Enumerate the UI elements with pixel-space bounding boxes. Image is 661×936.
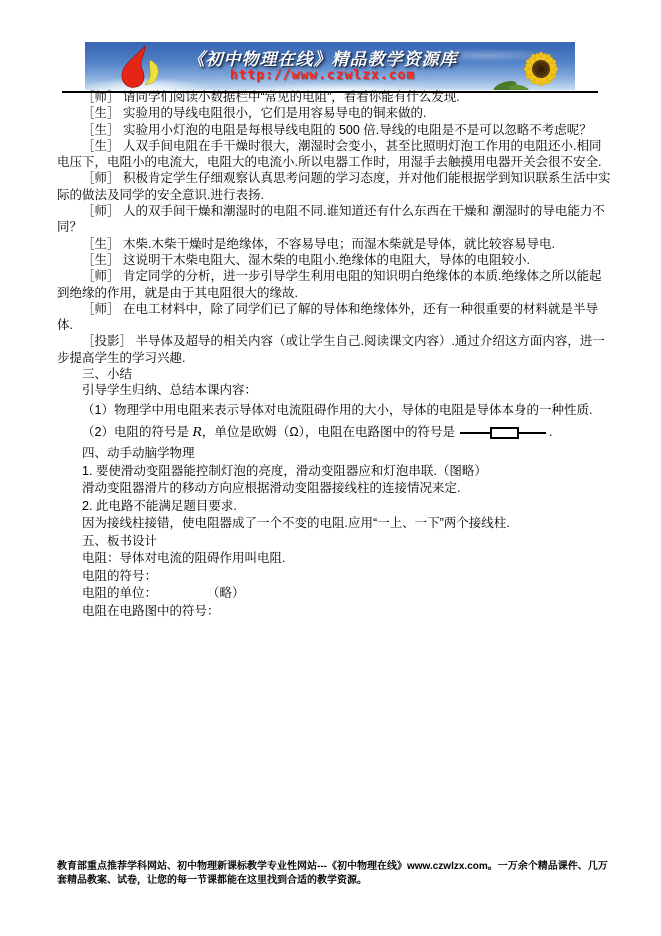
paragraph: ［生］ 木柴.木柴干燥时是绝缘体，不容易导电；而湿木柴就是导体，就比较容易导电. xyxy=(57,236,612,252)
sunflower-icon xyxy=(483,42,575,90)
site-banner: 《初中物理在线》精品教学资源库 http://www.czwlzx.com xyxy=(85,42,575,90)
resistance-symbol-r: R xyxy=(192,424,201,439)
paragraph: 因为接线柱接错，使电阻器成了一个不变的电阻.应用“一上、一下”两个接线柱. xyxy=(57,515,612,533)
paragraph: 电阻的符号： xyxy=(57,568,612,586)
paragraph: ［师］ 积极肯定学生仔细观察认真思考问题的学习态度，并对他们能根据学到知识联系生… xyxy=(57,170,612,203)
flame-logo-icon xyxy=(109,45,169,89)
paragraph: ［生］ 实验用小灯泡的电阻是每根导线电阻的 500 倍.导线的电阻是不是可以忽略… xyxy=(57,122,612,138)
paragraph: ［师］ 肯定同学的分析，进一步引导学生利用电阻的知识明白绝缘体的本质.绝缘体之所… xyxy=(57,268,612,301)
resistor-circuit-symbol xyxy=(460,424,546,440)
section-heading: 四、动手动脑学物理 xyxy=(57,445,612,463)
lower-section: 四、动手动脑学物理 1. 要使滑动变阻器能控制灯泡的亮度，滑动变阻器应和灯泡串联… xyxy=(57,445,612,620)
paragraph: 2. 此电路不能满足题目要求. xyxy=(57,498,612,516)
document-page: 《初中物理在线》精品教学资源库 http://www.czwlzx.com xyxy=(0,0,661,936)
resistor-line-mid: ，单位是欧姆（Ω），电阻在电路图中的符号是 xyxy=(202,425,455,439)
banner-title: 《初中物理在线》精品教学资源库 xyxy=(170,45,475,70)
paragraph: ［师］ 在电工材料中，除了同学们已了解的导体和绝缘体外，还有一种很重要的材料就是… xyxy=(57,301,612,334)
banner-url: http://www.czwlzx.com xyxy=(170,68,475,83)
paragraph: ［生］ 实验用的导线电阻很小，它们是用容易导电的铜来做的. xyxy=(57,105,612,121)
paragraph: ［投影］ 半导体及超导的相关内容（或让学生自己.阅读课文内容）.通过介绍这方面内… xyxy=(57,333,612,366)
paragraph: 电阻：导体对电流的阻碍作用叫电阻. xyxy=(57,550,612,568)
paragraph: 电阻在电路图中的符号： xyxy=(57,603,612,621)
resistor-line-lead: （2）电阻的符号是 xyxy=(82,425,192,439)
paragraph: 1. 要使滑动变阻器能控制灯泡的亮度，滑动变阻器应和灯泡串联.（图略） xyxy=(57,463,612,481)
paragraph: 滑动变阻器滑片的移动方向应根据滑动变阻器接线柱的连接情况来定. xyxy=(57,480,612,498)
resistor-definition-line: （2）电阻的符号是 R，单位是欧姆（Ω），电阻在电路图中的符号是. xyxy=(57,424,612,440)
section-heading: 三、小结 xyxy=(57,366,612,382)
paragraph: ［师］ 人的双手间干燥和潮湿时的电阻不同.谁知道还有什么东西在干燥和 潮湿时的导… xyxy=(57,203,612,236)
paragraph: （1）物理学中用电阻来表示导体对电流阻碍作用的大小，导体的电阻是导体本身的一种性… xyxy=(57,402,612,418)
section-heading: 五、板书设计 xyxy=(57,533,612,551)
paragraph: 电阻的单位： （略） xyxy=(57,585,612,603)
page-footer: 教育部重点推荐学科网站、初中物理新课标教学专业性网站---《初中物理在线》www… xyxy=(57,860,614,888)
paragraph: ［师］ 请同学们阅读小数据栏中“常见的电阻”，看看你能有什么发现. xyxy=(57,89,612,105)
paragraph: 引导学生归纳、总结本课内容： xyxy=(57,382,612,398)
resistor-line-tail: . xyxy=(549,425,552,439)
document-body: ［师］ 请同学们阅读小数据栏中“常见的电阻”，看看你能有什么发现. ［生］ 实验… xyxy=(57,89,612,620)
paragraph: ［生］ 人双手间电阻在手干燥时很大，潮湿时会变小，甚至比照明灯泡工作用的电阻还小… xyxy=(57,138,612,171)
paragraph: ［生］ 这说明干木柴电阻大、湿木柴的电阻小.绝缘体的电阻大，导体的电阻较小. xyxy=(57,252,612,268)
